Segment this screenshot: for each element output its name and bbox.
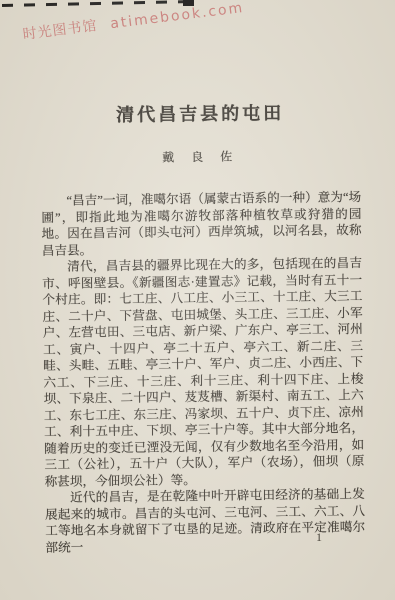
- torn-edge-dashed-line: [2, 0, 188, 7]
- page-number: 1: [316, 530, 322, 545]
- library-watermark: 时光图书馆 atimebook.com: [22, 0, 246, 44]
- article-title: 清代昌吉县的屯田: [40, 98, 360, 128]
- article-body: “昌吉”一词，准噶尔语（属蒙古语系的一种）意为“场圃”，即指此地为准噶尔游牧部落…: [41, 189, 365, 556]
- scanned-book-page: 时光图书馆 atimebook.com 清代昌吉县的屯田 戴 良 佐 “昌吉”一…: [0, 0, 395, 600]
- watermark-site-url: atimebook.com: [109, 0, 245, 32]
- paragraph-1: “昌吉”一词，准噶尔语（属蒙古语系的一种）意为“场圃”，即指此地为准噶尔游牧部落…: [41, 189, 362, 259]
- article: 清代昌吉县的屯田 戴 良 佐 “昌吉”一词，准噶尔语（属蒙古语系的一种）意为“场…: [40, 98, 366, 556]
- paragraph-2: 清代，昌吉县的疆界比现在大的多，包括现在的昌吉市、呼图壁县。《新疆图志·建置志》…: [42, 255, 365, 490]
- article-author: 戴 良 佐: [41, 146, 361, 167]
- watermark-library-name: 时光图书馆: [22, 18, 98, 43]
- paragraph-3: 近代的昌吉，是在乾隆中叶开辟屯田经济的基础上发展起来的城市。昌吉的头屯河、三屯河…: [45, 486, 366, 556]
